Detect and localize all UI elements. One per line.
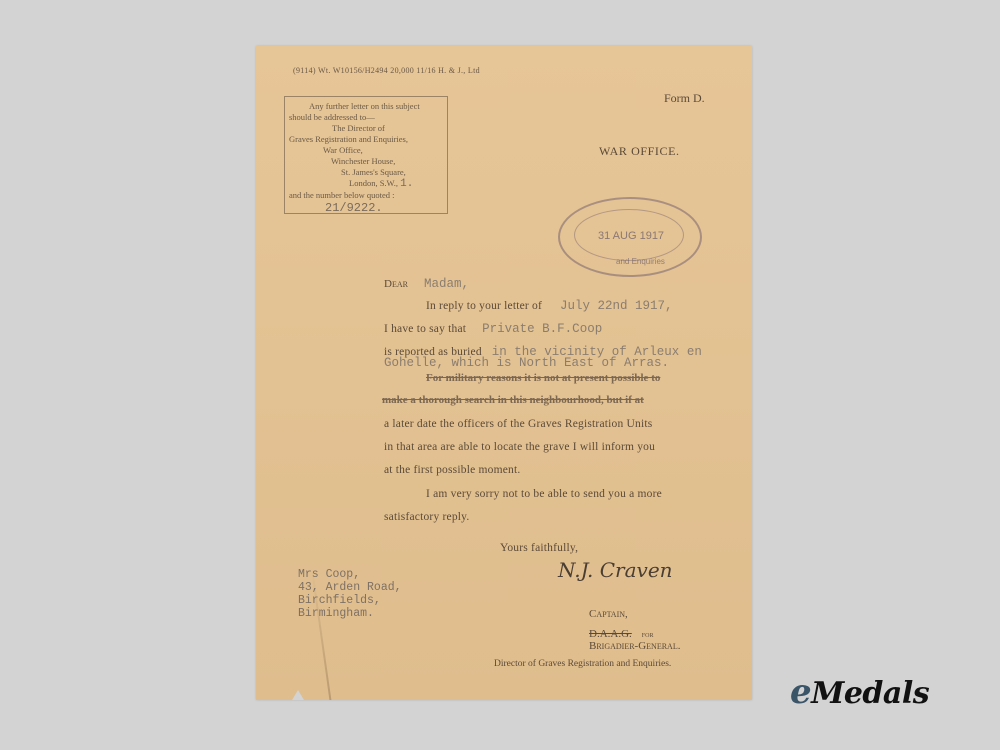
- address-line: St. James's Square,: [285, 167, 447, 178]
- emedals-logo: eMedals: [790, 672, 929, 712]
- address-line: Winchester House,: [285, 156, 447, 167]
- address-box: Any further letter on this subject shoul…: [284, 96, 448, 214]
- struck-out-line: For military reasons it is not at presen…: [426, 372, 660, 384]
- struck-out-line: make a thorough search in this neighbour…: [382, 394, 644, 406]
- body-line: in that area are able to locate the grav…: [384, 441, 655, 453]
- body-line: satisfactory reply.: [384, 511, 469, 523]
- address-line: and the number below quoted :: [285, 190, 447, 201]
- logo-name: Medals: [811, 676, 929, 711]
- body-line: at the first possible moment.: [384, 464, 520, 476]
- form-label: Form D.: [664, 91, 705, 106]
- body-line: I am very sorry not to be able to send y…: [426, 488, 662, 500]
- reply-line: In reply to your letter of July 22nd 191…: [426, 296, 673, 314]
- address-line: War Office,: [285, 145, 447, 156]
- printer-line: (9114) Wt. W10156/H2494 20,000 11/16 H. …: [293, 66, 480, 75]
- reply-date: July 22nd 1917,: [560, 299, 673, 313]
- address-line: should be addressed to—: [285, 112, 447, 123]
- signatory-superior: Brigadier-General.: [589, 640, 680, 652]
- soldier-name: Private B.F.Coop: [482, 322, 602, 336]
- salutation: Dear Madam,: [384, 274, 469, 292]
- office-heading: WAR OFFICE.: [599, 144, 680, 159]
- address-line: Any further letter on this subject: [285, 101, 447, 112]
- stamp-date: 31 AUG 1917: [598, 230, 664, 242]
- body-line: a later date the officers of the Graves …: [384, 418, 652, 430]
- reference-number: 21/9222.: [285, 203, 447, 214]
- closing: Yours faithfully,: [500, 542, 578, 554]
- stamp-bottom-text: and Enquiries: [616, 257, 665, 266]
- signatory-department: Director of Graves Registration and Enqu…: [494, 659, 671, 669]
- paper-notch: [292, 690, 304, 700]
- logo-prefix: e: [790, 672, 811, 712]
- address-line: The Director of: [285, 123, 447, 134]
- address-line: Graves Registration and Enquiries,: [285, 134, 447, 145]
- soldier-line: I have to say that Private B.F.Coop: [384, 319, 602, 337]
- burial-location-cont: Gohelle, which is North East of Arras.: [384, 356, 669, 370]
- signature: N.J. Craven: [558, 558, 673, 582]
- address-line: London, S.W., 1.: [285, 178, 447, 190]
- letter-document: (9114) Wt. W10156/H2494 20,000 11/16 H. …: [256, 46, 752, 700]
- postal-district: 1.: [400, 178, 413, 190]
- date-stamp: 31 AUG 1917 and Enquiries: [558, 197, 702, 277]
- signatory-rank: Captain,: [589, 608, 628, 620]
